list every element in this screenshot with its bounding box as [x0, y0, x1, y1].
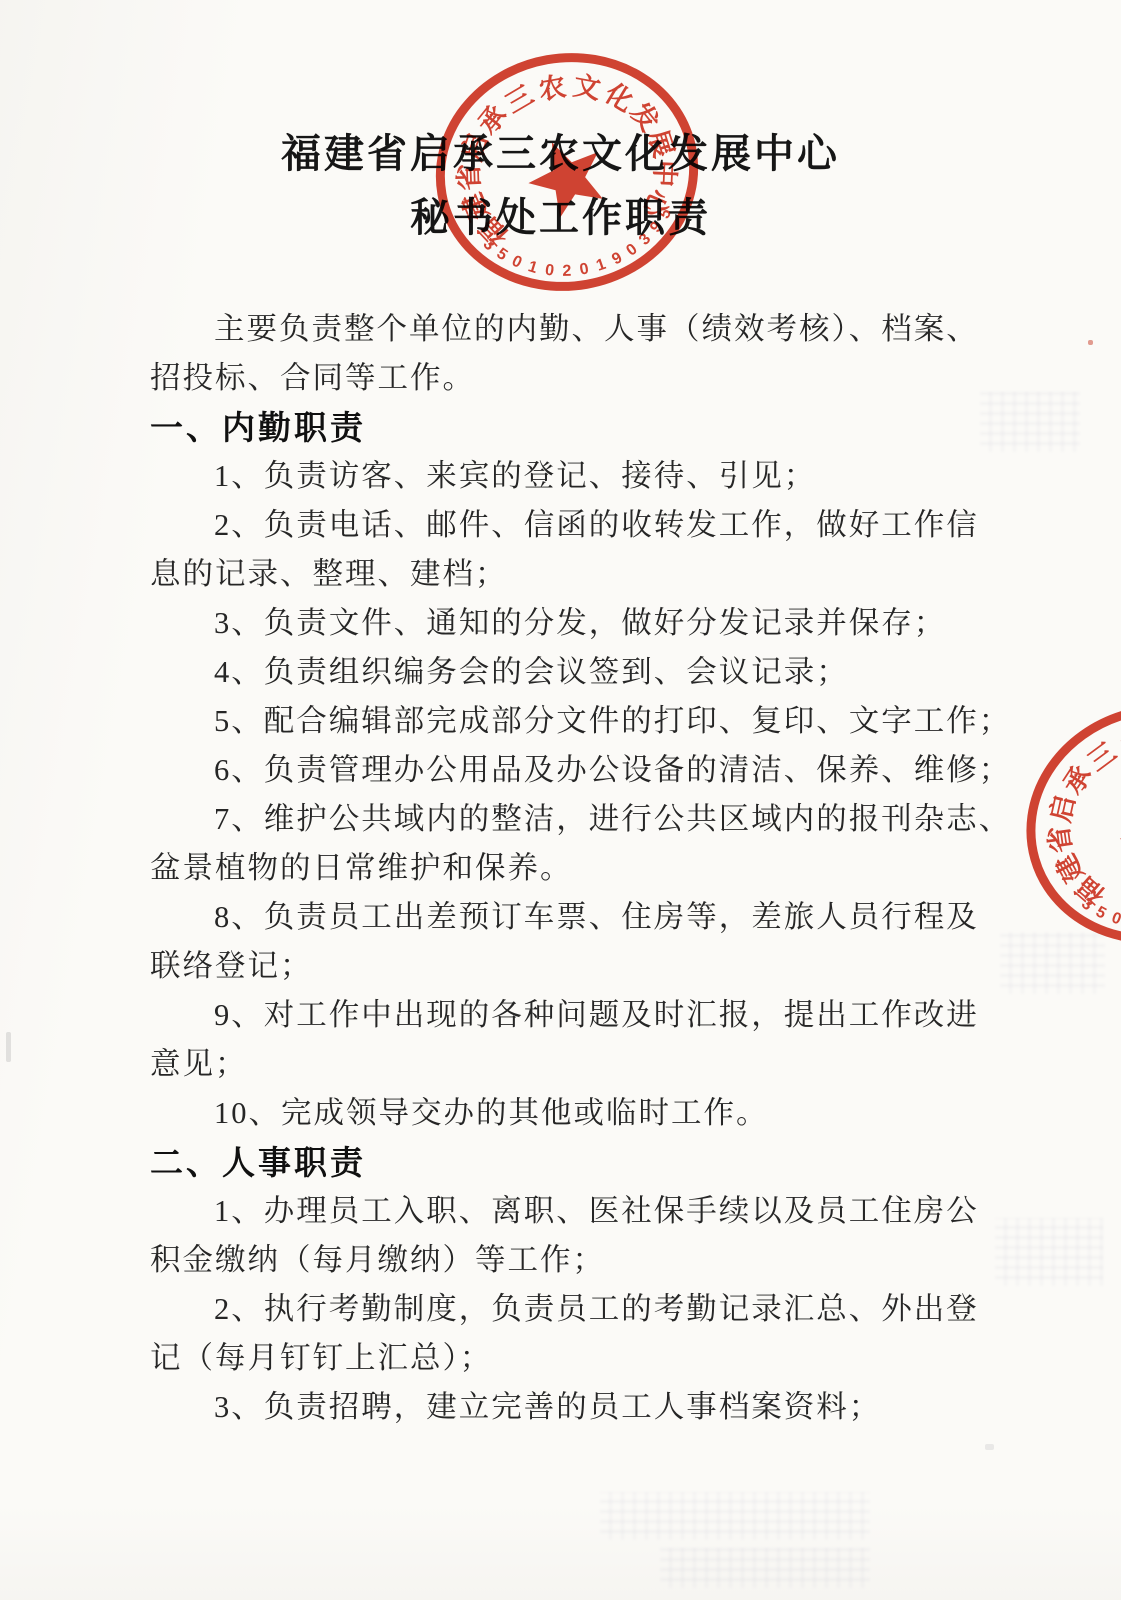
svg-text:文: 文	[571, 70, 603, 104]
section-heading: 二、人事职责	[150, 1138, 968, 1187]
text-line: 1、办理员工入职、离职、医社保手续以及员工住房公	[150, 1187, 968, 1236]
svg-text:1: 1	[594, 256, 608, 275]
title-line-1: 福建省启承三农文化发展中心	[0, 122, 1121, 186]
text-line: 息的记录、整理、建档；	[150, 550, 968, 599]
section-heading: 一、内勤职责	[150, 403, 968, 452]
text-line: 8、负责员工出差预订车票、住房等，差旅人员行程及	[150, 893, 968, 942]
seal-org-text: 福建省启承三农文化发展中心	[1020, 697, 1121, 920]
svg-text:9: 9	[609, 249, 625, 268]
seal-ring	[1003, 679, 1121, 968]
text-line: 招投标、合同等工作。	[150, 354, 968, 403]
bleed-through-mark	[980, 392, 1080, 452]
svg-text:启: 启	[1045, 792, 1081, 825]
text-line: 3、负责文件、通知的分发，做好分发记录并保存；	[150, 599, 968, 648]
seal-star-icon	[1106, 777, 1121, 878]
text-line: 意见；	[150, 1040, 968, 1089]
svg-text:三: 三	[500, 80, 538, 120]
text-line: 9、对工作中出现的各种问题及时汇报，提出工作改进	[150, 991, 968, 1040]
document-body: 主要负责整个单位的内勤、人事（绩效考核）、档案、招投标、合同等工作。一、内勤职责…	[150, 305, 968, 1432]
text-line: 7、维护公共域内的整洁，进行公共区域内的报刊杂志、	[150, 795, 968, 844]
bleed-through-mark	[995, 1218, 1103, 1286]
scan-speck	[985, 1444, 994, 1450]
svg-text:2: 2	[562, 263, 571, 280]
svg-text:0: 0	[509, 253, 525, 272]
text-line: 记（每月钉钉上汇总）；	[150, 1334, 968, 1383]
svg-text:化: 化	[599, 76, 639, 117]
svg-text:农: 农	[536, 71, 568, 105]
document-title: 福建省启承三农文化发展中心 秘书处工作职责	[0, 122, 1121, 250]
svg-text:农: 农	[1116, 724, 1121, 760]
text-line: 10、完成领导交办的其他或临时工作。	[150, 1089, 968, 1138]
title-line-2: 秘书处工作职责	[0, 186, 1121, 250]
scan-speck	[1088, 340, 1093, 345]
text-line: 3、负责招聘，建立完善的员工人事档案资料；	[150, 1383, 968, 1432]
svg-text:福: 福	[1071, 871, 1111, 911]
text-line: 2、负责电话、邮件、信函的收转发工作，做好工作信	[150, 501, 968, 550]
text-line: 主要负责整个单位的内勤、人事（绩效考核）、档案、	[150, 305, 968, 354]
text-line: 积金缴纳（每月缴纳）等工作；	[150, 1236, 968, 1285]
bleed-through-mark	[1000, 932, 1105, 994]
svg-text:0: 0	[578, 260, 590, 278]
svg-text:5: 5	[1093, 903, 1109, 922]
svg-text:3: 3	[1078, 895, 1096, 914]
svg-text:0: 0	[544, 262, 555, 280]
svg-text:0: 0	[1109, 909, 1121, 928]
bleed-through-mark	[600, 1492, 870, 1540]
scan-speck	[6, 1032, 11, 1062]
bleed-through-mark	[660, 1548, 870, 1588]
text-line: 联络登记；	[150, 942, 968, 991]
svg-text:建: 建	[1050, 849, 1089, 887]
text-line: 4、负责组织编务会的会议签到、会议记录；	[150, 648, 968, 697]
svg-text:1: 1	[526, 258, 540, 277]
text-line: 1、负责访客、来宾的登记、接待、引见；	[150, 452, 968, 501]
scanned-document-page: 福建省启承三农文化发展中心 秘书处工作职责 主要负责整个单位的内勤、人事（绩效考…	[0, 0, 1121, 1600]
svg-text:省: 省	[1044, 824, 1077, 855]
svg-text:承: 承	[1058, 761, 1098, 800]
text-line: 6、负责管理办公用品及办公设备的清洁、保养、维修；	[150, 746, 968, 795]
text-line: 盆景植物的日常维护和保养。	[150, 844, 968, 893]
text-line: 2、执行考勤制度，负责员工的考勤记录汇总、外出登	[150, 1285, 968, 1334]
svg-text:三: 三	[1082, 737, 1121, 777]
text-line: 5、配合编辑部完成部分文件的打印、复印、文字工作；	[150, 697, 968, 746]
